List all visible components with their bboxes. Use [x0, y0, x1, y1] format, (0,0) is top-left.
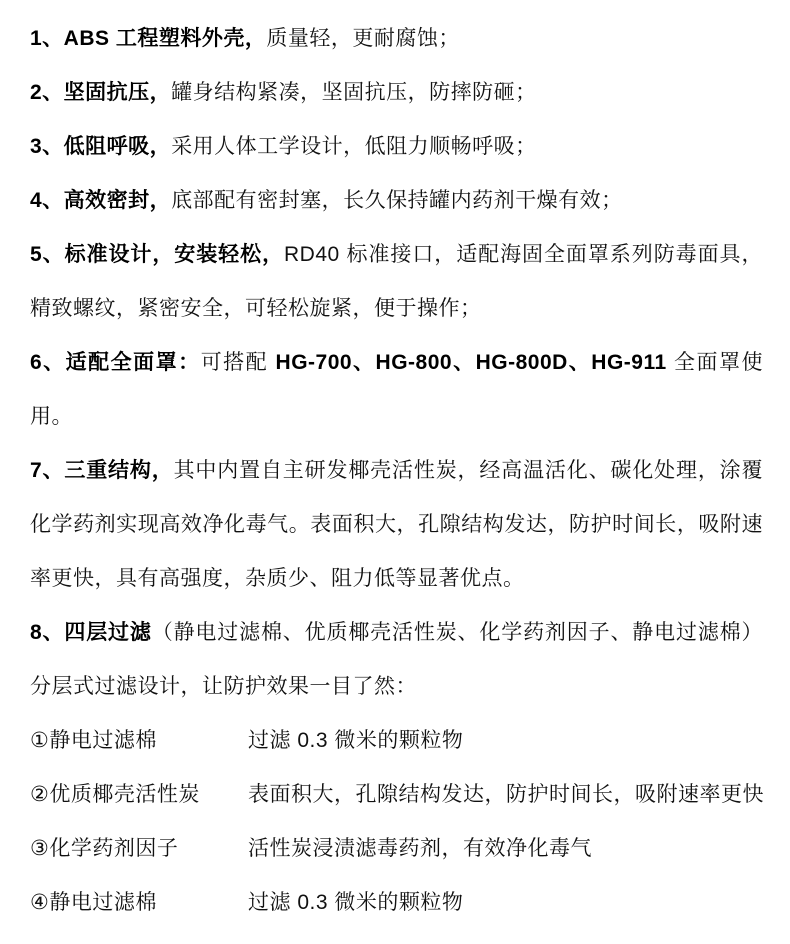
feature-item-6-text: 可搭配 [201, 351, 276, 374]
feature-item-6-title: 6、适配全面罩： [30, 351, 201, 374]
feature-item-6: 6、适配全面罩：可搭配 HG-700、HG-800、HG-800D、HG-911… [30, 336, 763, 444]
feature-item-7-title: 7、三重结构， [30, 459, 174, 482]
feature-item-1-text: 质量轻，更耐腐蚀； [266, 27, 460, 50]
filter-layer-3-label: ③化学药剂因子 [30, 822, 248, 876]
feature-item-6-title: HG-700、HG-800、HG-800D、HG-911 [276, 351, 667, 374]
feature-item-2-title: 2、坚固抗压， [30, 81, 171, 104]
filter-layer-1-description: 过滤 0.3 微米的颗粒物 [248, 714, 763, 768]
feature-item-5: 5、标准设计，安装轻松，RD40 标准接口，适配海固全面罩系列防毒面具，精致螺纹… [30, 228, 763, 336]
filter-layer-3-description: 活性炭浸渍滤毒药剂，有效净化毒气 [248, 822, 763, 876]
feature-item-4-text: 底部配有密封塞，长久保持罐内药剂干燥有效； [171, 189, 623, 212]
feature-item-2-text: 罐身结构紧凑，坚固抗压，防摔防砸； [171, 81, 537, 104]
filter-layer-1-label: ①静电过滤棉 [30, 714, 248, 768]
feature-item-3-title: 3、低阻呼吸， [30, 135, 171, 158]
filter-layer-row-4: ④静电过滤棉过滤 0.3 微米的颗粒物 [30, 876, 763, 930]
feature-item-5-title: 5、标准设计，安装轻松， [30, 243, 284, 266]
filter-layer-row-1: ①静电过滤棉过滤 0.3 微米的颗粒物 [30, 714, 763, 768]
filter-layer-2-label: ②优质椰壳活性炭 [30, 768, 248, 822]
filter-layer-4-label: ④静电过滤棉 [30, 876, 248, 930]
feature-item-4: 4、高效密封，底部配有密封塞，长久保持罐内药剂干燥有效； [30, 174, 763, 228]
document-body: 1、ABS 工程塑料外壳，质量轻，更耐腐蚀；2、坚固抗压，罐身结构紧凑，坚固抗压… [0, 0, 790, 944]
feature-item-8: 8、四层过滤（静电过滤棉、优质椰壳活性炭、化学药剂因子、静电过滤棉）分层式过滤设… [30, 606, 763, 714]
feature-item-3: 3、低阻呼吸，采用人体工学设计，低阻力顺畅呼吸； [30, 120, 763, 174]
filter-layer-2-description: 表面积大，孔隙结构发达，防护时间长，吸附速率更快 [248, 768, 764, 822]
feature-item-3-text: 采用人体工学设计，低阻力顺畅呼吸； [171, 135, 537, 158]
feature-item-8-title: 8、四层过滤 [30, 621, 152, 644]
filter-layer-4-description: 过滤 0.3 微米的颗粒物 [248, 876, 763, 930]
filter-layer-row-2: ②优质椰壳活性炭表面积大，孔隙结构发达，防护时间长，吸附速率更快 [30, 768, 763, 822]
feature-item-1-title: 1、ABS 工程塑料外壳， [30, 27, 266, 50]
feature-item-1: 1、ABS 工程塑料外壳，质量轻，更耐腐蚀； [30, 12, 763, 66]
feature-item-4-title: 4、高效密封， [30, 189, 171, 212]
feature-item-7: 7、三重结构，其中内置自主研发椰壳活性炭，经高温活化、碳化处理，涂覆化学药剂实现… [30, 444, 763, 606]
filter-layer-row-3: ③化学药剂因子活性炭浸渍滤毒药剂，有效净化毒气 [30, 822, 763, 876]
feature-item-2: 2、坚固抗压，罐身结构紧凑，坚固抗压，防摔防砸； [30, 66, 763, 120]
